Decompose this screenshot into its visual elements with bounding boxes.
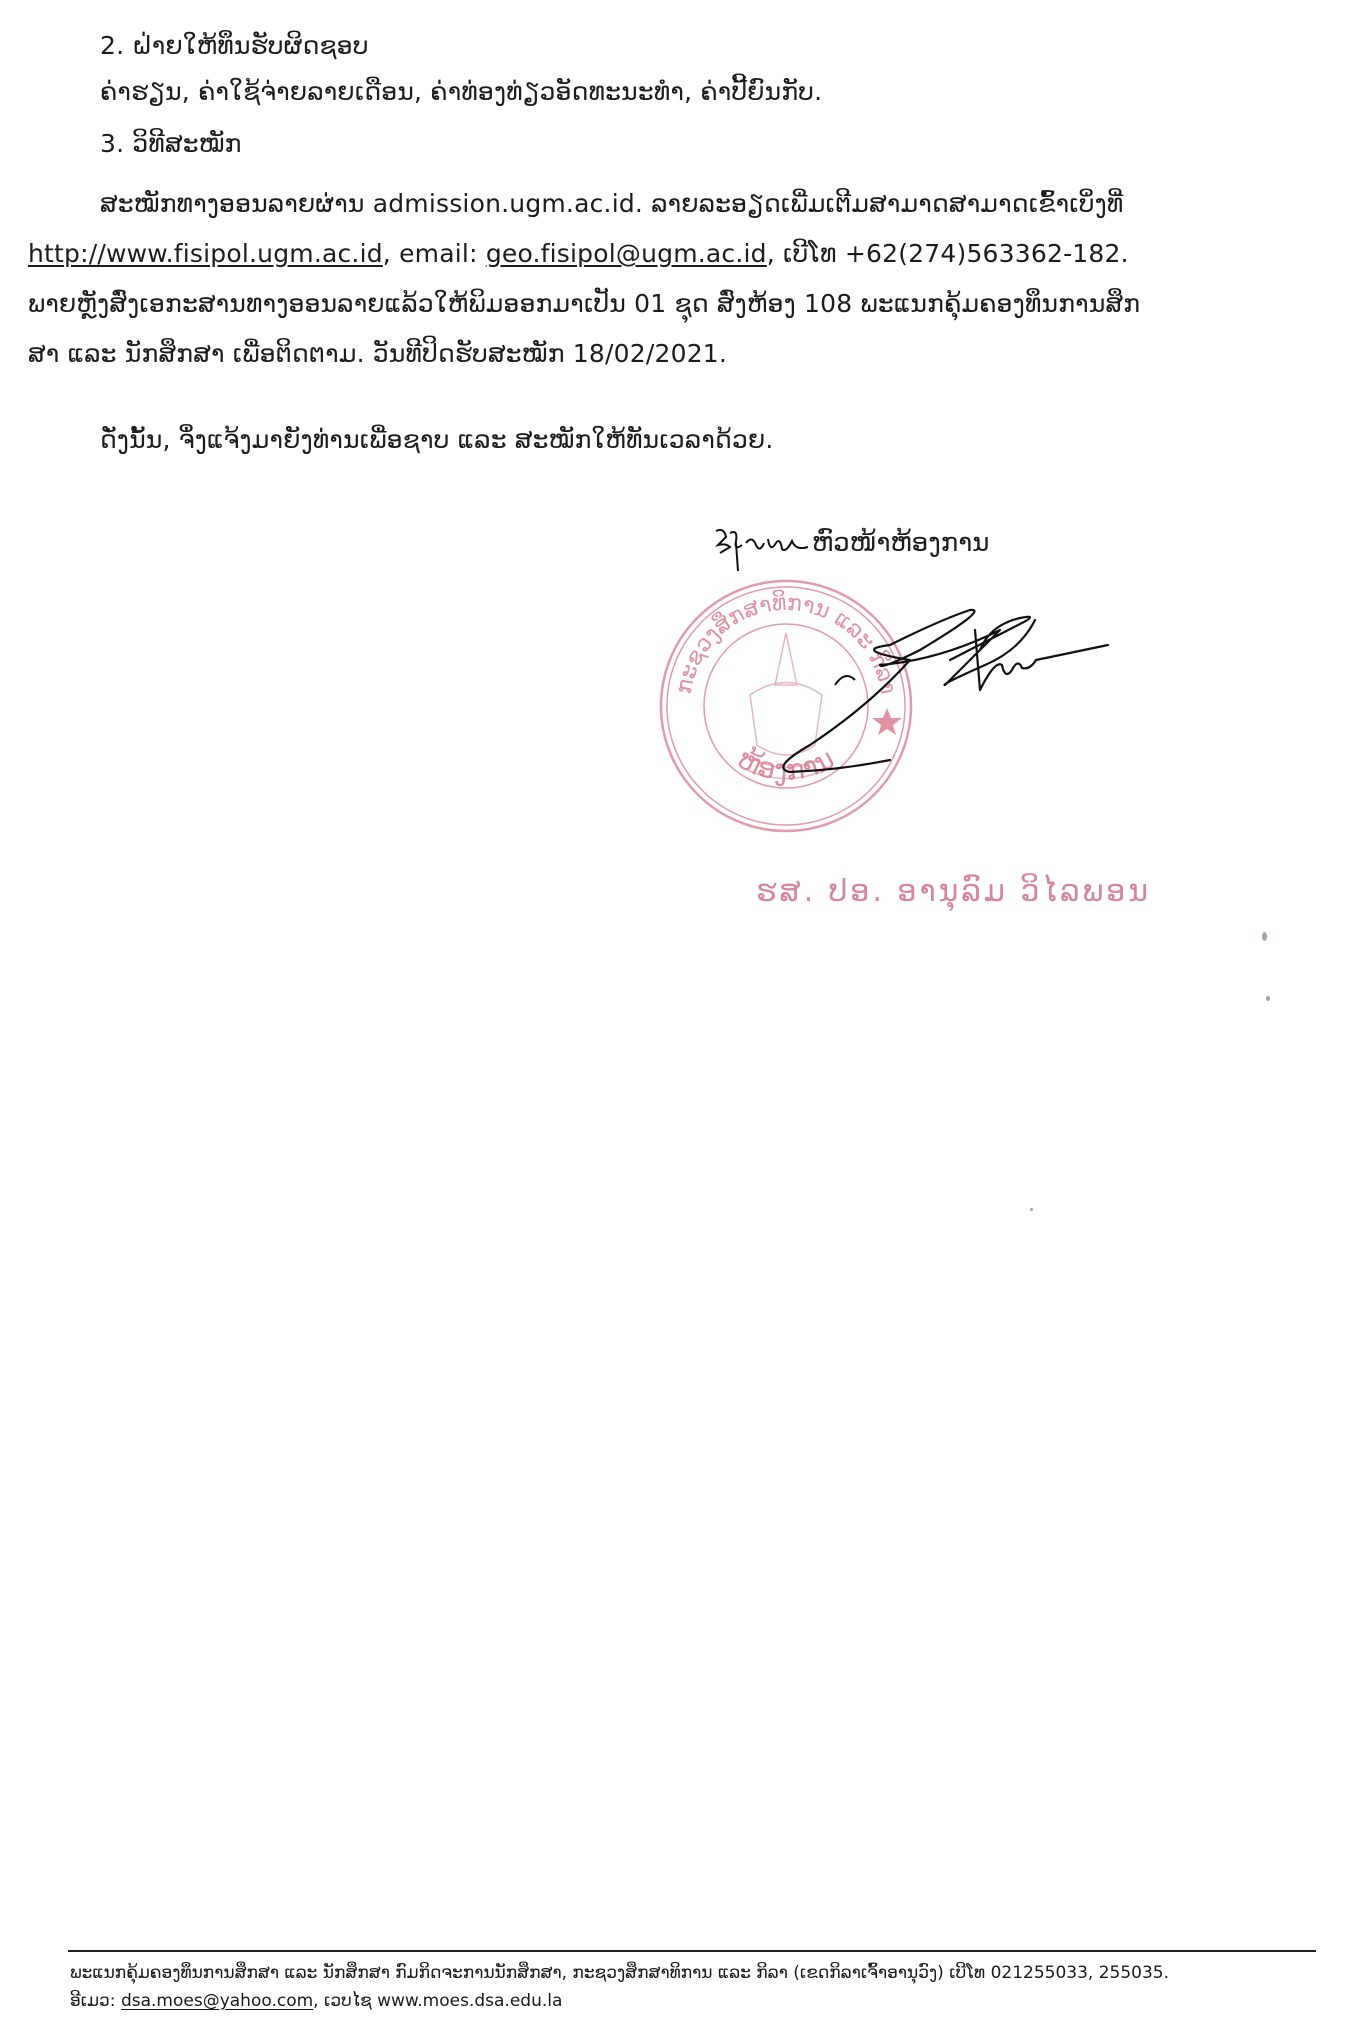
section-3-line-4: ສາ ແລະ ນັກສຶກສາ ເພື່ອຕິດຕາມ. ວັນທີປິດຮັບ… bbox=[28, 338, 727, 370]
section-3-line-3: ພາຍຫຼັງສົ່ງເອກະສານທາງອອນລາຍແລ້ວໃຫ້ພິມອອກ… bbox=[28, 288, 1140, 320]
signature-icon bbox=[640, 510, 1120, 840]
website-link[interactable]: http://www.fisipol.ugm.ac.id bbox=[28, 239, 383, 268]
footer-divider bbox=[68, 1950, 1316, 1952]
scan-speck bbox=[1030, 1208, 1033, 1211]
footer-website-label: , ເວບໄຊ bbox=[313, 1991, 377, 2011]
section-3-line-1: ສະໝັກທາງອອນລາຍຜ່ານ admission.ugm.ac.id. … bbox=[100, 188, 1124, 220]
section-2-text: ຄ່າຮຽນ, ຄ່າໃຊ້ຈ່າຍລາຍເດືອນ, ຄ່າທ່ອງທ່ຽວອ… bbox=[100, 76, 822, 108]
section-3-heading: 3. ວິທີສະໝັກ bbox=[100, 128, 242, 160]
section-2-heading: 2. ຝ່າຍໃຫ້ທຶນຮັບຜິດຊອບ bbox=[100, 30, 369, 62]
phone-text: , ເບີໂທ +62(274)563362-182. bbox=[767, 239, 1129, 268]
closing-text: ດັ່ງນັ້ນ, ຈຶ່ງແຈ້ງມາຍັງທ່ານເພື່ອຊາບ ແລະ … bbox=[100, 424, 774, 456]
signer-name: ຮສ. ປອ. ອານຸລົມ ວິໄລພອນ bbox=[756, 874, 1151, 909]
scan-speck bbox=[1266, 996, 1270, 1001]
section-3-line-2: http://www.fisipol.ugm.ac.id, email: geo… bbox=[28, 238, 1129, 270]
footer-address: ພະແນກຄຸ້ມຄອງທຶນການສຶກສາ ແລະ ນັກສຶກສາ ກົມ… bbox=[70, 1962, 1169, 1984]
footer-website[interactable]: www.moes.dsa.edu.la bbox=[377, 1991, 562, 2011]
footer-contact: ອີເມວ: dsa.moes@yahoo.com, ເວບໄຊ www.moe… bbox=[70, 1990, 562, 2012]
footer-email-label: ອີເມວ: bbox=[70, 1991, 121, 2011]
scan-speck bbox=[1262, 932, 1267, 941]
footer-email-link[interactable]: dsa.moes@yahoo.com bbox=[121, 1991, 313, 2011]
email-label: , email: bbox=[383, 239, 486, 268]
email-link[interactable]: geo.fisipol@ugm.ac.id bbox=[486, 239, 767, 268]
